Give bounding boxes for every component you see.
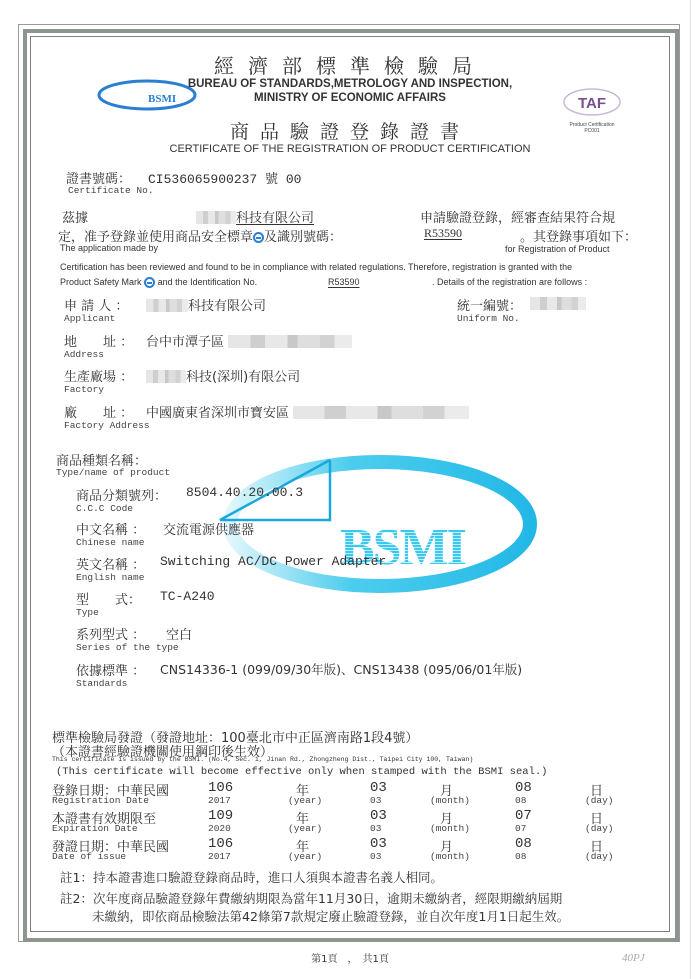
address-value: 台中市潭子區 (146, 331, 352, 350)
statement-en-line1-b: for Registration of Product (505, 244, 610, 254)
note-2-line2: 未繳納，即依商品檢驗法第42條第7款規定廢止驗證登錄，並自次年度1月1日起生效。 (92, 907, 569, 925)
applicant-value: 科技有限公司 (146, 295, 266, 314)
english-name-label: 英文名稱 ： (76, 554, 145, 573)
type-value: TC-A240 (160, 589, 215, 604)
statement-en-line1-a: The application made by (60, 243, 158, 253)
date-month-unit-en: (month) (430, 823, 470, 834)
issuer-line-en: This certificate is issued by the BSMI. … (52, 756, 473, 763)
factory-label-en: Factory (64, 384, 104, 395)
date-year-ad: 2017 (208, 851, 231, 862)
date-day: 08 (515, 780, 532, 796)
factory-value: 科技(深圳)有限公司 (146, 366, 300, 385)
date-month-en: 03 (370, 851, 381, 862)
page-number: 第1頁 ， 共1頁 (0, 950, 700, 965)
english-name-label-en: English name (76, 572, 144, 583)
applicant-label-en: Applicant (64, 313, 115, 324)
certificate-number-value: CI536065900237 號 00 (148, 168, 301, 187)
series-label-en: Series of the type (76, 642, 179, 653)
ccc-code-label: 商品分類號列： (76, 485, 167, 504)
ccc-code-value: 8504.40.20.00.3 (186, 485, 303, 500)
factory-address-value-text: 中國廣東省深圳市寶安區 (146, 406, 289, 421)
date-year-ad: 2020 (208, 823, 231, 834)
applicant-label: 申 請 人 ： (64, 295, 128, 314)
chinese-name-label: 中文名稱 ： (76, 519, 145, 538)
statement-cn-line2-b: 及識別號碼： (264, 230, 342, 245)
statement-company: 科技有限公司 (196, 207, 314, 226)
date-month-unit-en: (month) (430, 851, 470, 862)
redacted-address (228, 335, 352, 348)
date-day: 08 (515, 836, 532, 852)
type-label-en: Type (76, 607, 99, 618)
ccc-code-label-en: C.C.C Code (76, 503, 133, 514)
factory-address-label-en: Factory Address (64, 420, 150, 431)
statement-en-line3-a: Product Safety Mark (60, 277, 142, 287)
type-label: 型 式： (76, 589, 141, 608)
statement-en-line2: Certification has been reviewed and foun… (60, 262, 572, 272)
series-label: 系列型式 ： (76, 624, 145, 643)
date-year-roc: 109 (208, 808, 233, 824)
date-month: 03 (370, 780, 387, 796)
uniform-number-label: 統一編號： (457, 295, 522, 314)
english-name-value: Switching AC/DC Power Adapter (160, 554, 386, 569)
document-title-cn: 商品驗證登錄證書 (0, 117, 700, 144)
handwritten-mark: 40PJ (622, 952, 645, 964)
product-section-label-en: Type/name of product (56, 467, 170, 478)
date-year-unit-en: (year) (288, 823, 322, 834)
date-month-en: 03 (370, 823, 381, 834)
address-value-text: 台中市潭子區 (146, 335, 224, 350)
statement-en-line3-c: . Details of the registration are follow… (432, 277, 587, 287)
address-label-en: Address (64, 349, 104, 360)
date-year-roc: 106 (208, 780, 233, 796)
statement-en-line3: Product Safety Mark and the Identificati… (60, 277, 257, 288)
standards-value: CNS14336-1 (099/09/30年版)、CNS13438 (095/0… (160, 660, 522, 678)
chinese-name-value: 交流電源供應器 (163, 519, 254, 538)
note-2-line1: 註2：次年度商品驗證登錄年費繳納期限為當年11月30日，逾期未繳納者，經限期繳納… (60, 889, 562, 907)
date-label-en: Date of issue (52, 851, 126, 862)
date-label-en: Registration Date (52, 795, 149, 806)
date-month-en: 03 (370, 795, 381, 806)
date-day: 07 (515, 808, 532, 824)
note-1: 註1：持本證書進口驗證登錄商品時，進口人須與本證書名義人相同。 (60, 868, 443, 886)
redacted-uniform-number (530, 297, 586, 310)
series-value: 空白 (166, 624, 192, 643)
date-day-en: 08 (515, 851, 526, 862)
address-label: 地 址 ： (64, 331, 133, 350)
redacted-factory-address (293, 406, 469, 419)
statement-cn-mid: 申請驗證登錄，經審查結果符合規 (420, 207, 615, 226)
certificate-number-label-en: Certificate No. (68, 185, 154, 196)
standards-label-en: Standards (76, 678, 127, 689)
identification-number-en: R53590 (328, 277, 360, 287)
statement-cn-line2-end: 。其登錄事項如下： (520, 226, 637, 245)
date-day-unit-en: (day) (585, 795, 614, 806)
date-month: 03 (370, 836, 387, 852)
applicant-value-text: 科技有限公司 (188, 299, 266, 314)
date-day-unit-en: (day) (585, 823, 614, 834)
date-day-unit-en: (day) (585, 851, 614, 862)
factory-value-text: 科技(深圳)有限公司 (186, 370, 300, 385)
redacted-applicant-name (146, 299, 188, 312)
date-year-ad: 2017 (208, 795, 231, 806)
uniform-number-label-en: Uniform No. (457, 313, 520, 324)
date-month-unit-en: (month) (430, 795, 470, 806)
chinese-name-label-en: Chinese name (76, 537, 144, 548)
factory-address-value: 中國廣東省深圳市寶安區 (146, 402, 469, 421)
identification-number: R53590 (424, 226, 462, 241)
agency-name-en-line1: BUREAU OF STANDARDS,METROLOGY AND INSPEC… (0, 78, 700, 90)
date-year-roc: 106 (208, 836, 233, 852)
date-day-en: 08 (515, 795, 526, 806)
redacted-factory-name (146, 370, 186, 383)
agency-name-cn: 經濟部標準檢驗局 (0, 50, 700, 79)
product-safety-mark-icon (144, 277, 155, 288)
statement-en-line3-b: and the Identification No. (158, 277, 258, 287)
standards-label: 依據標準 ： (76, 660, 145, 679)
factory-address-label: 廠 址 ： (64, 402, 133, 421)
statement-company-suffix: 科技有限公司 (236, 211, 314, 226)
date-month: 03 (370, 808, 387, 824)
agency-name-en-line2: MINISTRY OF ECONOMIC AFFAIRS (0, 92, 700, 104)
date-year-unit-en: (year) (288, 795, 322, 806)
statement-prefix: 茲據 (62, 207, 88, 226)
product-safety-mark-icon (253, 232, 264, 243)
date-label-en: Expiration Date (52, 823, 138, 834)
factory-label: 生產廠場 ： (64, 366, 133, 385)
document-title-en: CERTIFICATE OF THE REGISTRATION OF PRODU… (0, 143, 700, 155)
date-year-unit-en: (year) (288, 851, 322, 862)
issuer-note-en: (This certificate will become effective … (56, 766, 547, 778)
date-day-en: 07 (515, 823, 526, 834)
redacted-company-name (196, 211, 236, 224)
